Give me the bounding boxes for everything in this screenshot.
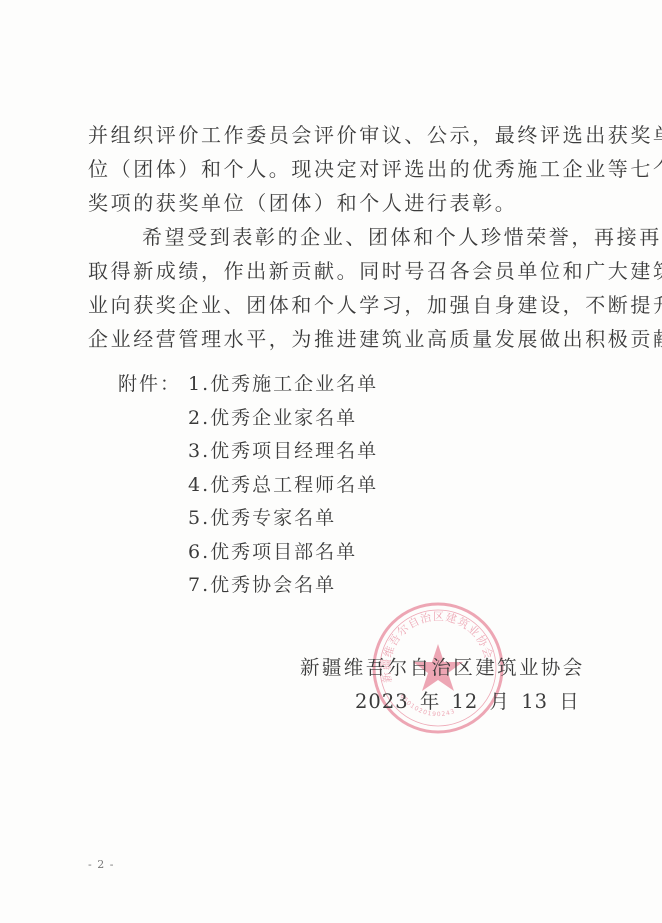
paragraph-line: 企业经营管理水平，为推进建筑业高质量发展做出积极贡献。 bbox=[88, 322, 588, 356]
page-number: - 2 - bbox=[88, 858, 114, 871]
attachment-item: 4.优秀总工程师名单 bbox=[188, 469, 378, 503]
document-page: 并组织评价工作委员会评价审议、公示，最终评选出获奖单 位（团体）和个人。现决定对… bbox=[0, 0, 662, 923]
attachment-item: 2.优秀企业家名单 bbox=[188, 402, 357, 436]
attachment-item: 7.优秀协会名单 bbox=[188, 569, 336, 603]
paragraph-line: 位（团体）和个人。现决定对评选出的优秀施工企业等七个 bbox=[88, 152, 588, 186]
attachment-item: 6.优秀项目部名单 bbox=[188, 536, 357, 570]
attachment-item: 5.优秀专家名单 bbox=[188, 502, 336, 536]
paragraph-line: 奖项的获奖单位（团体）和个人进行表彰。 bbox=[88, 186, 588, 220]
paragraph-line: 希望受到表彰的企业、团体和个人珍惜荣誉，再接再厉， bbox=[88, 220, 588, 254]
paragraph-line: 取得新成绩，作出新贡献。同时号召各会员单位和广大建筑业企 bbox=[88, 254, 588, 288]
attachment-item: 1.优秀施工企业名单 bbox=[188, 368, 378, 402]
paragraph-2: 希望受到表彰的企业、团体和个人珍惜荣誉，再接再厉， 取得新成绩，作出新贡献。同时… bbox=[88, 220, 588, 356]
signature-organization: 新疆维吾尔自治区建筑业协会 bbox=[300, 652, 585, 680]
paragraph-1: 并组织评价工作委员会评价审议、公示，最终评选出获奖单 位（团体）和个人。现决定对… bbox=[88, 118, 588, 220]
paragraph-line: 业向获奖企业、团体和个人学习，加强自身建设，不断提升 bbox=[88, 288, 588, 322]
paragraph-line: 并组织评价工作委员会评价审议、公示，最终评选出获奖单 bbox=[88, 118, 588, 152]
signature-date: 2023 年 12 月 13 日 bbox=[355, 686, 580, 714]
attachments-list: 附件：1.优秀施工企业名单 2.优秀企业家名单 3.优秀项目经理名单 4.优秀总… bbox=[118, 368, 378, 603]
attachments-label: 附件： bbox=[118, 368, 188, 402]
attachment-item: 3.优秀项目经理名单 bbox=[188, 435, 378, 469]
